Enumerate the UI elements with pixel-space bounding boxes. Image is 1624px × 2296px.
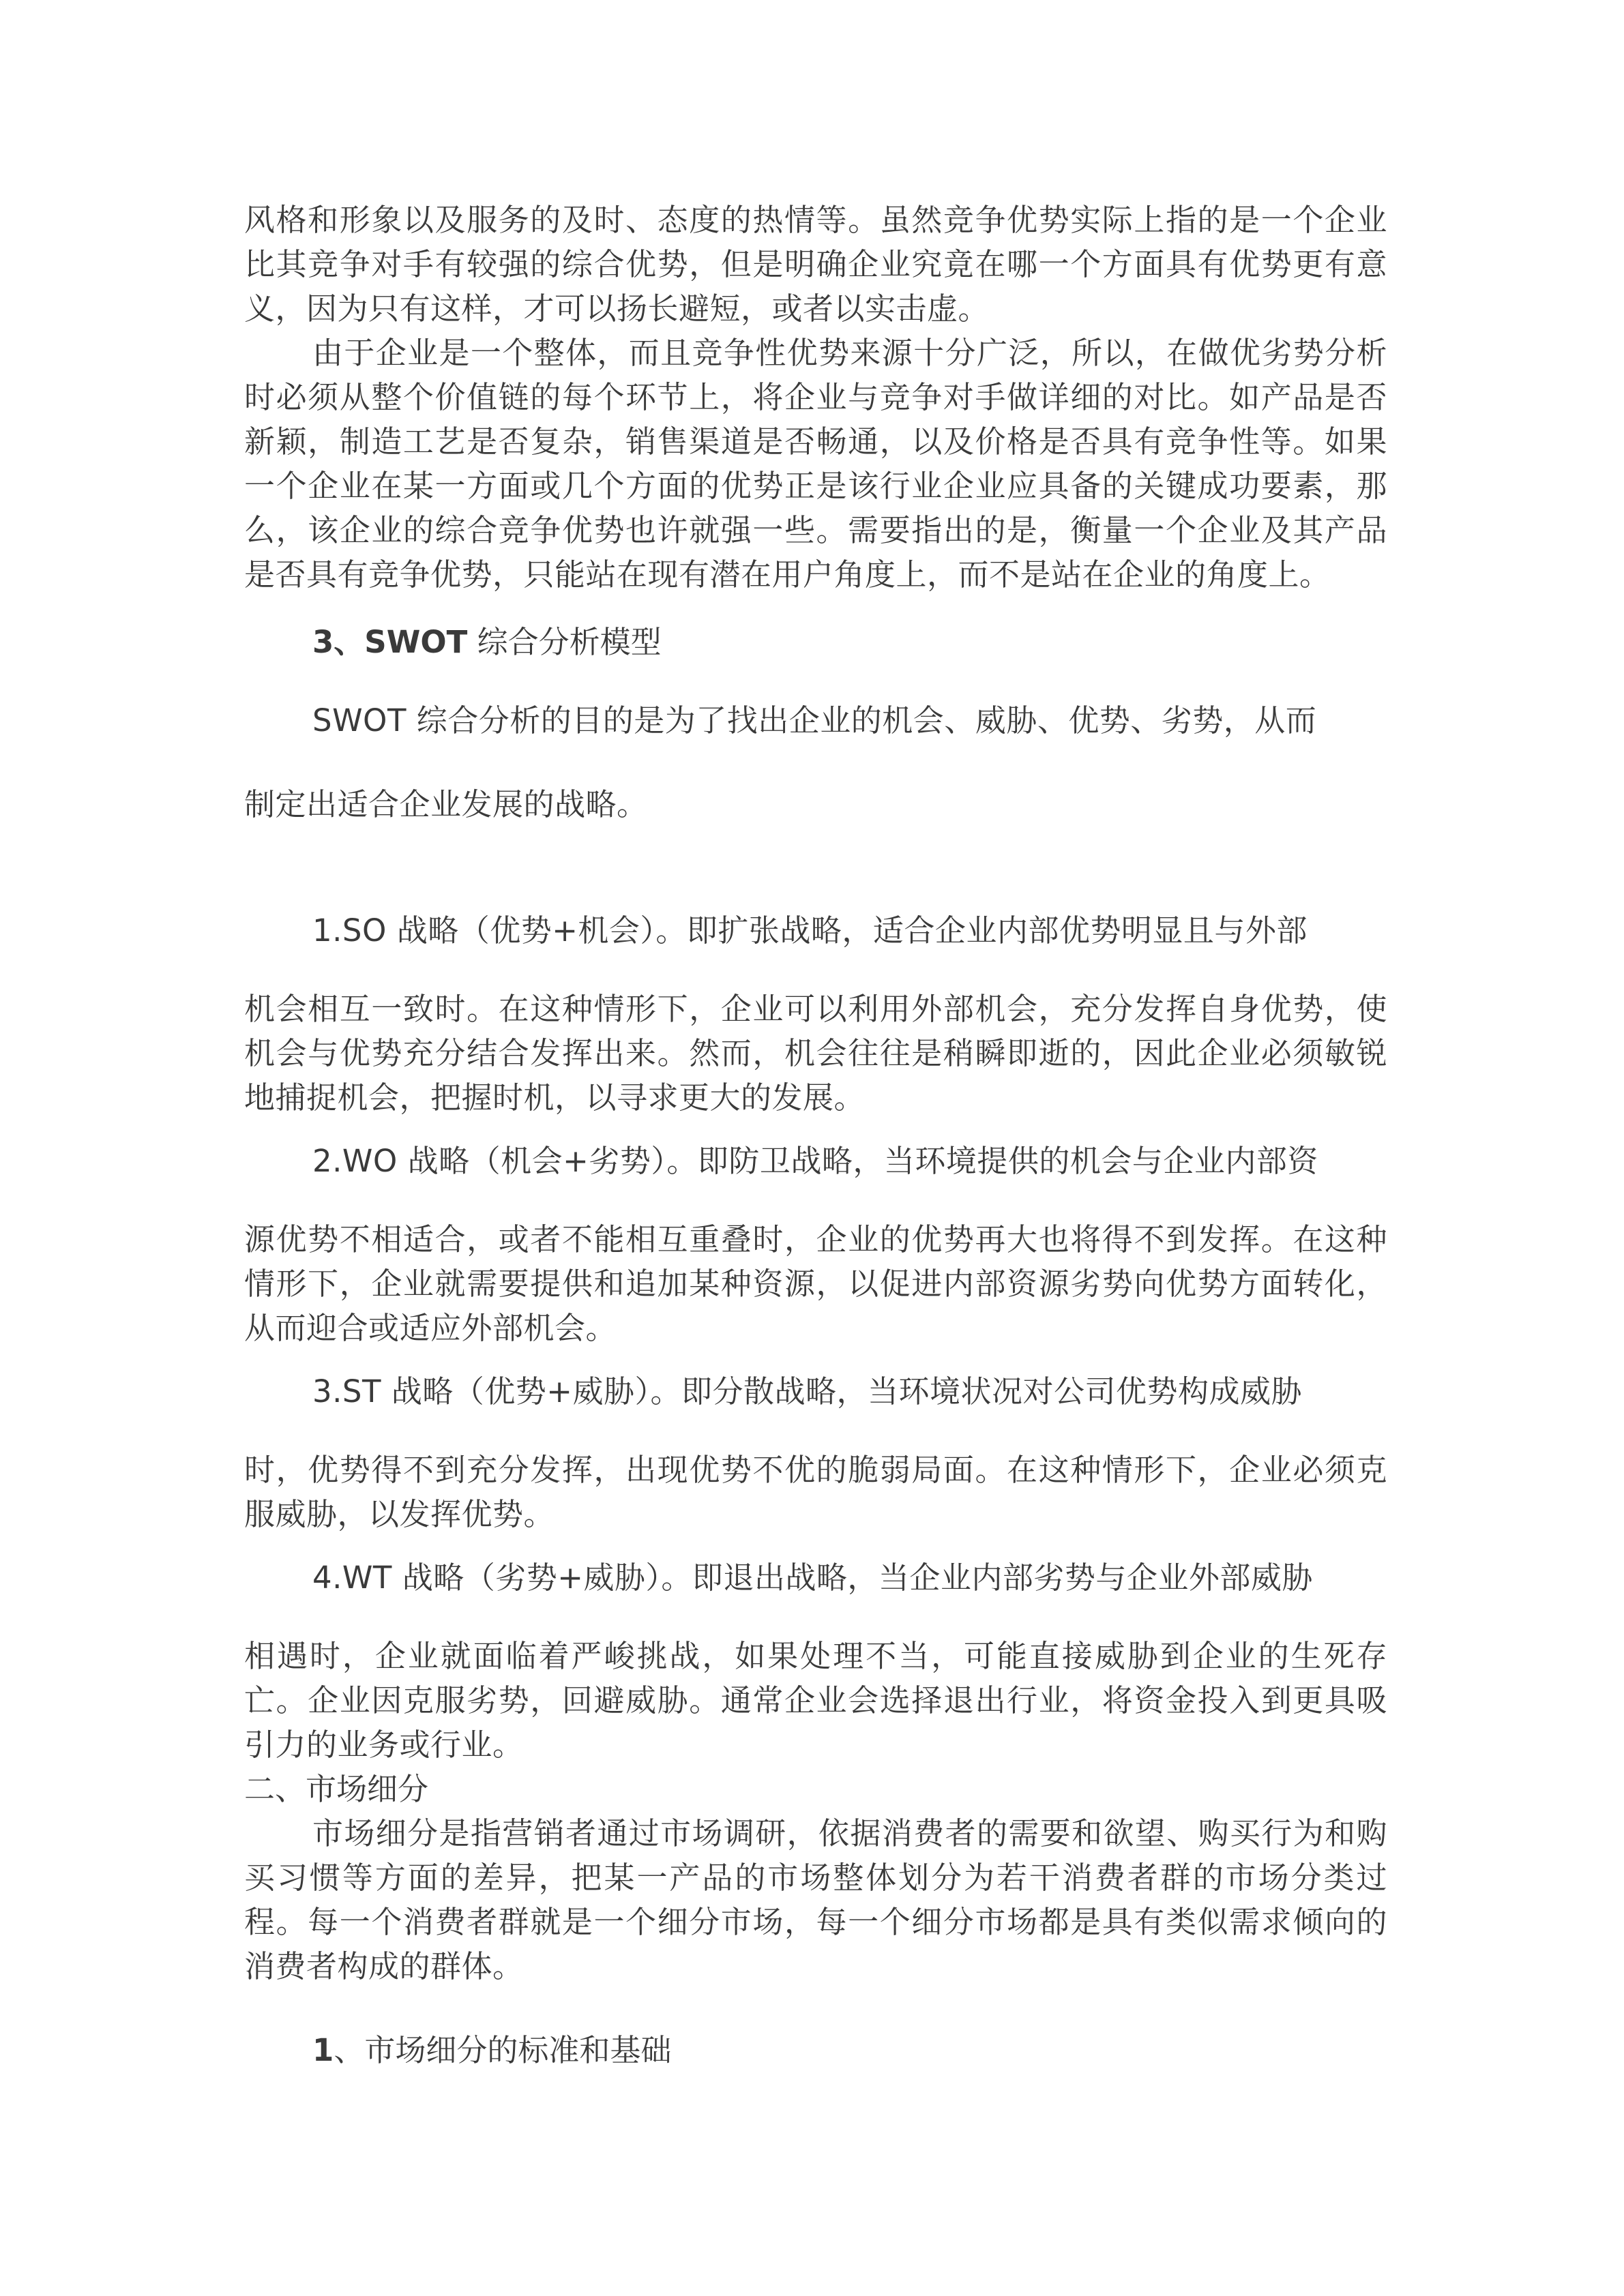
spacer <box>244 664 1387 698</box>
market-segmentation-paragraph: 市场细分是指营销者通过市场调研，依据消费者的需要和欲望、购买行为和购买习惯等方面… <box>244 1811 1387 1988</box>
spacer <box>244 1988 1387 2028</box>
spacer <box>244 826 1387 908</box>
strategy-wo-body: 源优势不相适合，或者不能相互重叠时，企业的优势再大也将得不到发挥。在这种情形下，… <box>244 1217 1387 1350</box>
segmentation-subheading-title: 、市场细分的标准和基础 <box>334 2032 671 2068</box>
swot-heading-number: 3、SWOT <box>312 624 467 660</box>
paragraph-value-chain-analysis: 由于企业是一个整体，而且竞争性优势来源十分广泛，所以，在做优劣势分析时必须从整个… <box>244 331 1387 597</box>
strategy-so-body: 机会相互一致时。在这种情形下，企业可以利用外部机会，充分发挥自身优势，使机会与优… <box>244 987 1387 1120</box>
spacer <box>244 1350 1387 1369</box>
strategy-wt-first-line: 4.WT 战略（劣势+威胁）。即退出战略，当企业内部劣势与企业外部威胁 <box>244 1555 1387 1600</box>
spacer <box>244 1120 1387 1139</box>
swot-section-heading: 3、SWOT 综合分析模型 <box>244 620 1387 664</box>
spacer <box>244 1183 1387 1217</box>
document-page: 风格和形象以及服务的及时、态度的热情等。虽然竞争优势实际上指的是一个企业比其竞争… <box>244 198 1387 2072</box>
swot-heading-title: 综合分析模型 <box>467 624 661 660</box>
paragraph-competitive-advantage-continued: 风格和形象以及服务的及时、态度的热情等。虽然竞争优势实际上指的是一个企业比其竞争… <box>244 198 1387 331</box>
strategy-st: 3.ST 战略（优势+威胁）。即分散战略，当环境状况对公司优势构成威胁 时，优势… <box>244 1369 1387 1536</box>
strategy-wo-first-line: 2.WO 战略（机会+劣势）。即防卫战略，当环境提供的机会与企业内部资 <box>244 1139 1387 1183</box>
segmentation-subheading-number: 1 <box>312 2032 334 2068</box>
swot-intro-line-2: 制定出适合企业发展的战略。 <box>244 782 1387 826</box>
spacer <box>244 597 1387 620</box>
strategy-so-first-line: 1.SO 战略（优势+机会）。即扩张战略，适合企业内部优势明显且与外部 <box>244 908 1387 953</box>
strategy-so: 1.SO 战略（优势+机会）。即扩张战略，适合企业内部优势明显且与外部 机会相互… <box>244 908 1387 1120</box>
strategy-wt-body: 相遇时，企业就面临着严峻挑战，如果处理不当，可能直接威胁到企业的生死存亡。企业因… <box>244 1634 1387 1767</box>
segmentation-subheading: 1、市场细分的标准和基础 <box>244 2028 1387 2072</box>
strategy-st-body: 时，优势得不到充分发挥，出现优势不优的脆弱局面。在这种情形下，企业必须克服威胁，… <box>244 1448 1387 1536</box>
spacer <box>244 953 1387 987</box>
section-two-title: 二、市场细分 <box>244 1767 1387 1811</box>
spacer <box>244 743 1387 782</box>
swot-intro-line-1: SWOT 综合分析的目的是为了找出企业的机会、威胁、优势、劣势，从而 <box>244 698 1387 743</box>
spacer <box>244 1600 1387 1634</box>
spacer <box>244 1536 1387 1555</box>
spacer <box>244 1414 1387 1448</box>
strategy-wo: 2.WO 战略（机会+劣势）。即防卫战略，当环境提供的机会与企业内部资 源优势不… <box>244 1139 1387 1350</box>
strategy-wt: 4.WT 战略（劣势+威胁）。即退出战略，当企业内部劣势与企业外部威胁 相遇时，… <box>244 1555 1387 1767</box>
strategy-st-first-line: 3.ST 战略（优势+威胁）。即分散战略，当环境状况对公司优势构成威胁 <box>244 1369 1387 1414</box>
